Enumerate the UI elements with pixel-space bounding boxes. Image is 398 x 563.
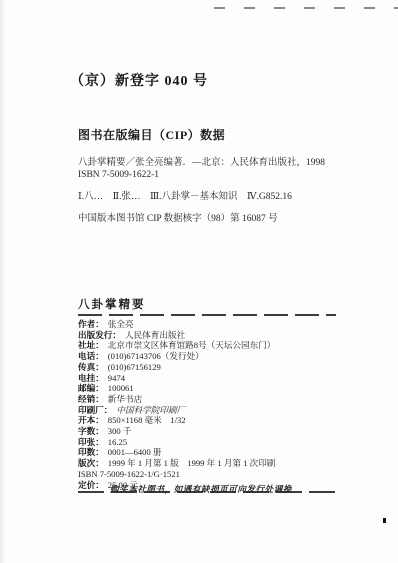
cip-classification-line: Ⅰ.八… Ⅱ.张… Ⅲ.八卦掌－基本知识 Ⅳ.G852.16 [78,191,366,203]
colophon-row-fax: 传真：(010)67156129 [78,362,336,373]
book-title: 八卦掌精要 [78,296,336,314]
colophon-row-printrun: 印数：0001—6400 册 [78,447,336,458]
row-value: 人民体育出版社 [125,330,185,340]
colophon-row-author: 作者：张全亮 [78,319,336,330]
top-dashed-rule [214,7,398,9]
row-value: 0001—6400 册 [108,447,162,457]
row-value: (010)67143706（发行处） [108,351,204,361]
row-value: 新华书店 [108,394,142,404]
isbn-line: ISBN 7-5009-1622-1/G·1521 [78,469,336,480]
row-label: 电挂： [78,373,104,383]
registration-number: （京）新登字 040 号 [70,70,208,90]
colophon-row-telegraph: 电挂：9474 [78,373,336,384]
row-value: 100061 [108,383,134,393]
cip-isbn-line: ISBN 7-5009-1622-1 [78,169,366,181]
row-value: 850×1168 毫米 1/32 [108,415,186,425]
cip-record-number-line: 中国版本图书馆 CIP 数据核字（98）第 16087 号 [78,213,366,225]
row-label: 经销： [78,394,104,404]
colophon-row-edition: 版次：1999 年 1 月第 1 版 1999 年 1 月第 1 次印刷 [78,458,336,469]
row-value: (010)67156129 [108,362,161,372]
row-label: 印刷厂： [78,405,112,415]
row-value: 16.25 [108,437,127,447]
cip-heading: 图书在版编目（CIP）数据 [78,126,366,143]
cip-block: 图书在版编目（CIP）数据 八卦掌精要／张全亮编著．—北京：人民体育出版社，19… [78,126,366,225]
colophon-row-address: 社址：北京市崇文区体育馆路8号（天坛公园东门） [78,340,336,351]
row-label: 电话： [78,351,104,361]
colophon-block: 八卦掌精要 作者：张全亮 出版发行：人民体育出版社 社址：北京市崇文区体育馆路8… [78,296,336,493]
colophon-row-wordcount: 字数：300 千 [78,426,336,437]
colophon-row-publisher: 出版发行：人民体育出版社 [78,330,336,341]
row-value: 张全亮 [108,319,134,329]
row-label: 印数： [78,447,104,457]
ink-speck [383,518,386,523]
row-label: 邮编： [78,383,104,393]
row-label: 字数： [78,426,104,436]
colophon-row-format: 开本：850×1168 毫米 1/32 [78,415,336,426]
row-label: 作者： [78,319,104,329]
colophon-row-distributor: 经销：新华书店 [78,394,336,405]
row-label: 出版发行： [78,330,121,340]
cip-title-line: 八卦掌精要／张全亮编著．—北京：人民体育出版社，1998 [78,157,366,169]
book-copyright-page: （京）新登字 040 号 图书在版编目（CIP）数据 八卦掌精要／张全亮编著．—… [0,0,398,563]
row-value: 300 千 [108,426,132,436]
exchange-notice: 购买本社图书，如遇有缺损页可向发行处调换 [96,483,306,495]
row-value: 1999 年 1 月第 1 版 1999 年 1 月第 1 次印刷 [108,458,276,468]
colophon-row-postcode: 邮编：100061 [78,383,336,394]
title-divider [78,314,336,316]
row-value: 9474 [108,373,125,383]
colophon-row-phone: 电话：(010)67143706（发行处） [78,351,336,362]
row-label: 社址： [78,340,104,350]
row-label: 版次： [78,458,104,468]
row-label: 开本： [78,415,104,425]
row-value: 北京市崇文区体育馆路8号（天坛公园东门） [108,340,276,350]
colophon-row-printer: 印刷厂：中国科学院印刷厂 [78,405,336,416]
row-value: 中国科学院印刷厂 [116,405,185,415]
scan-edge-shade [0,0,6,563]
row-label: 印张： [78,437,104,447]
colophon-row-sheets: 印张：16.25 [78,437,336,448]
row-label: 传真： [78,362,104,372]
